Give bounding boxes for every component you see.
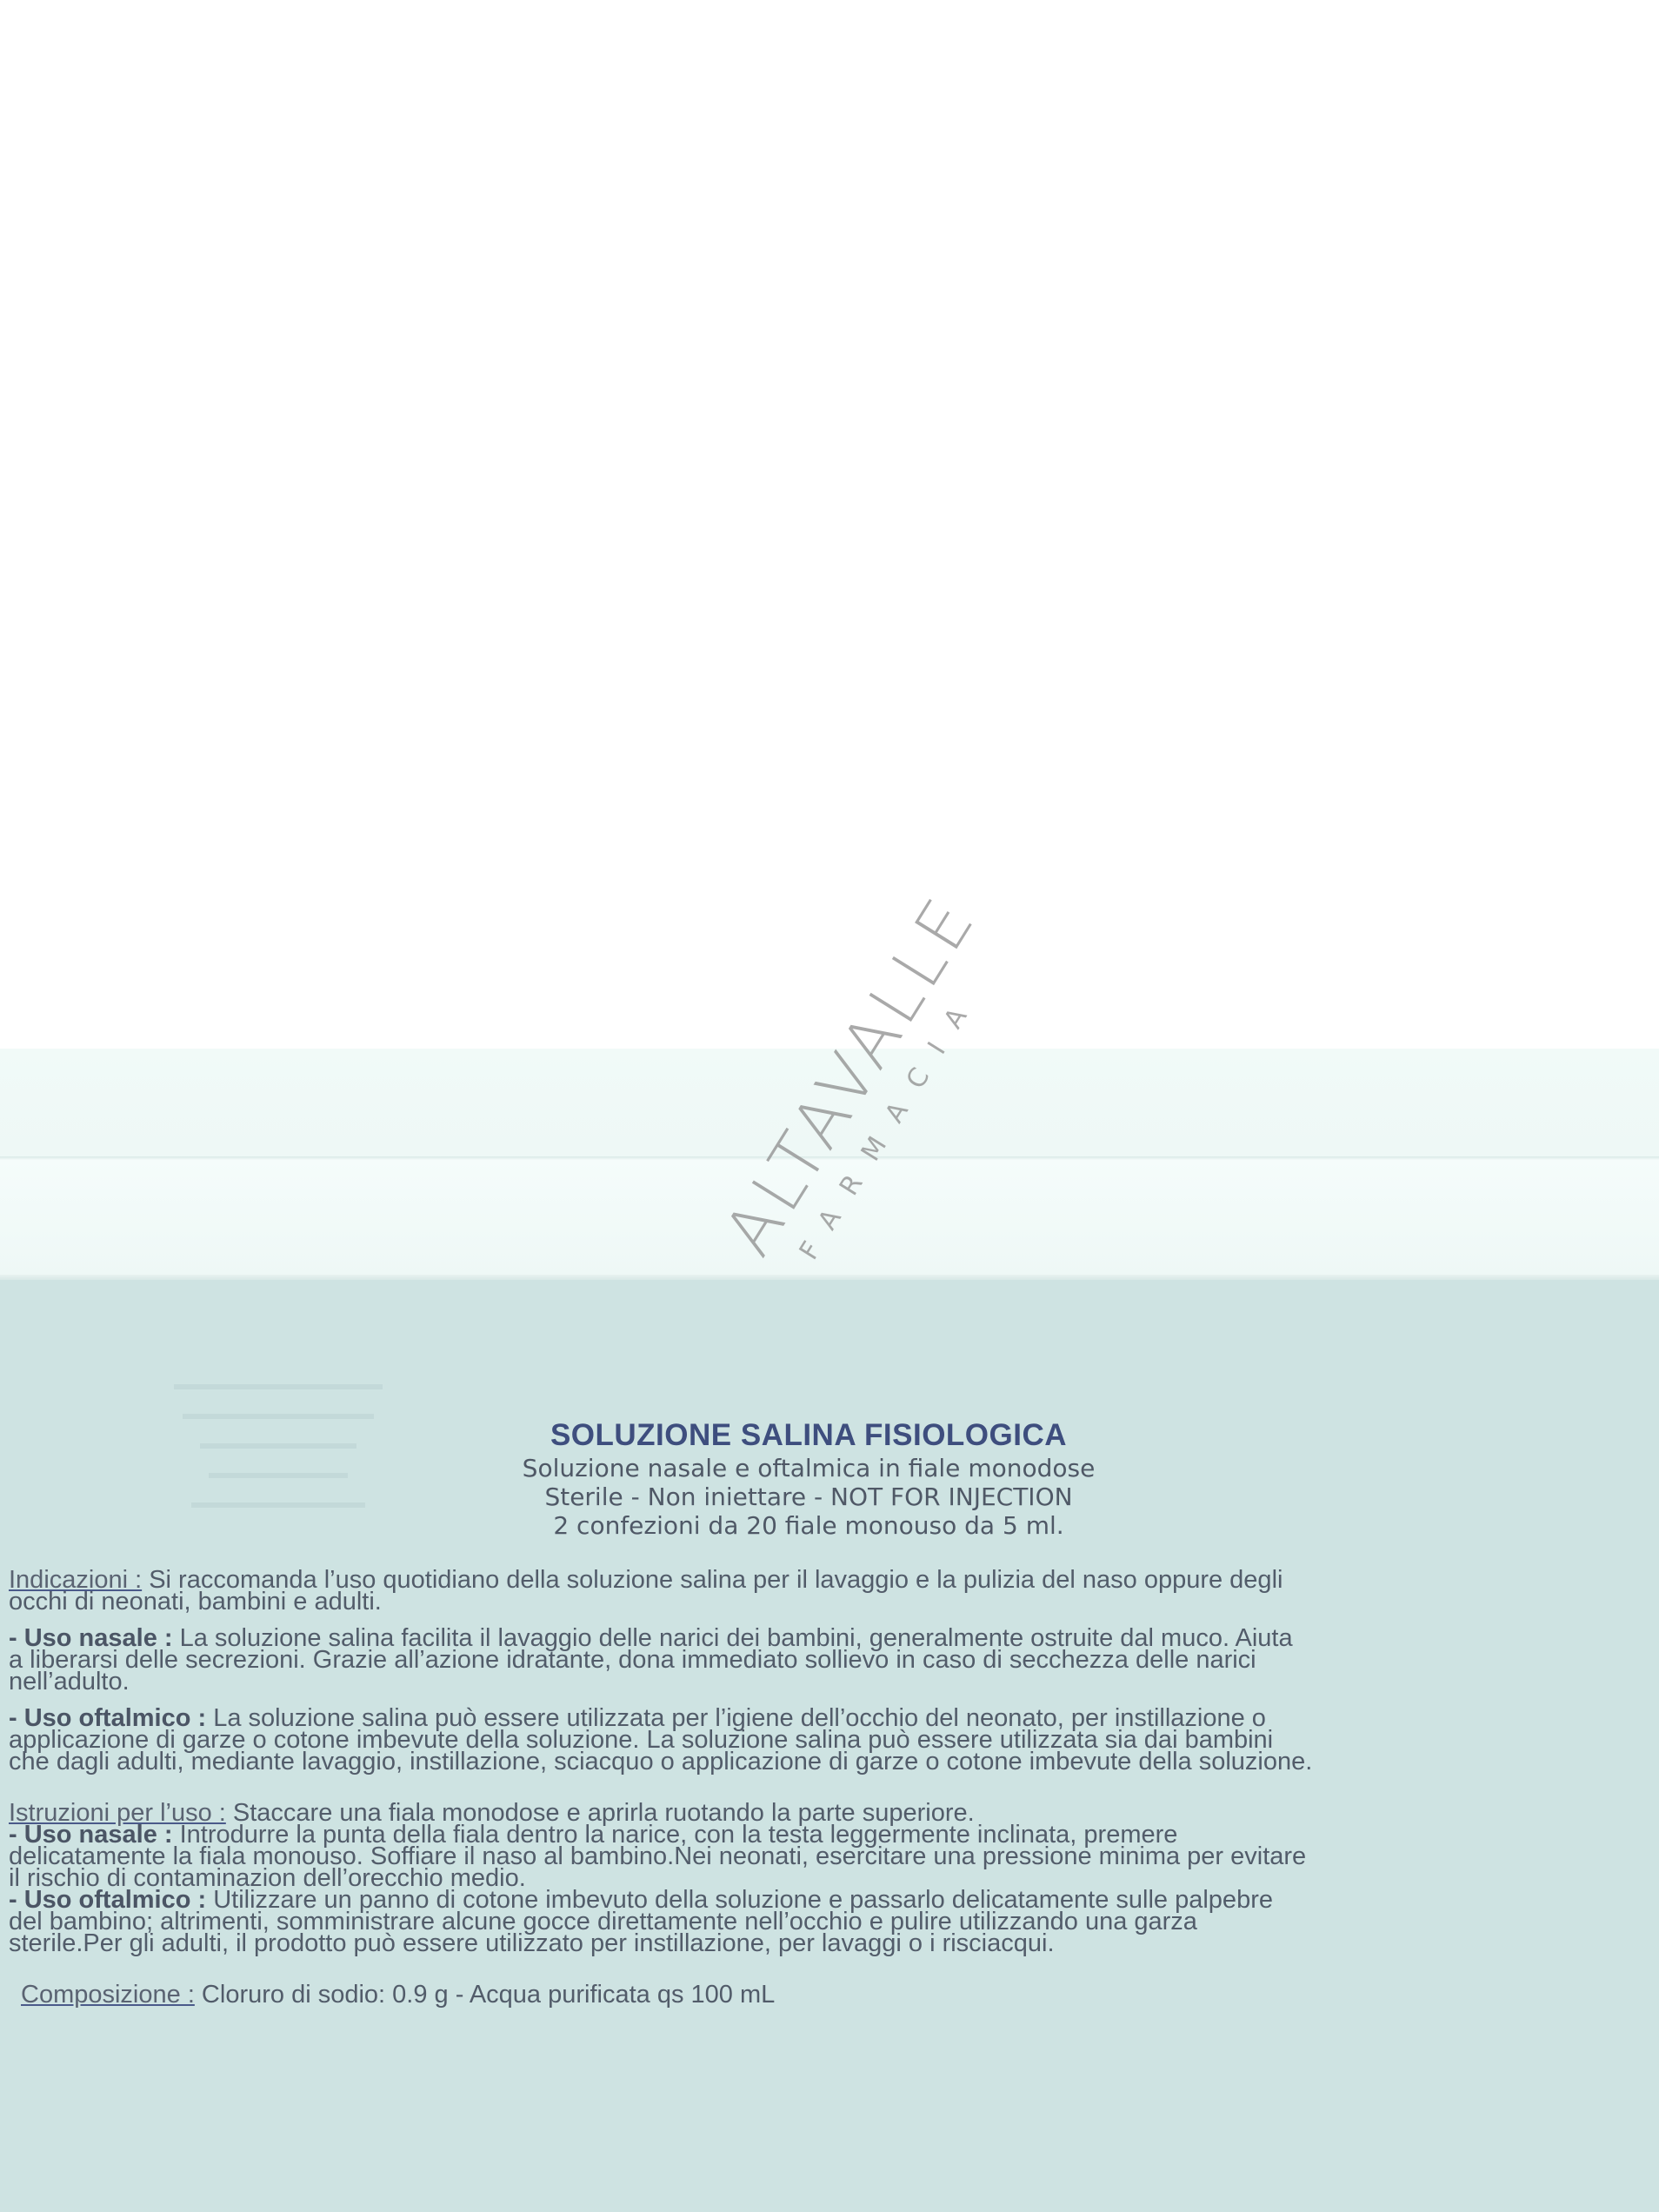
leaflet-body: Indicazioni : Si raccomanda l’uso quotid… bbox=[9, 1569, 1626, 2006]
text-line: a liberarsi delle secrezioni. Grazie all… bbox=[9, 1649, 1626, 1671]
section-composizione: Composizione : Cloruro di sodio: 0.9 g -… bbox=[9, 1984, 1626, 2006]
bleed-through-text-left: ▬▬▬▬▬▬▬▬▬▬▬▬▬▬▬▬▬▬▬▬▬▬▬▬▬▬▬▬▬▬▬▬▬▬▬▬▬▬▬▬… bbox=[174, 1369, 383, 1517]
composition-text: Cloruro di sodio: 0.9 g - Acqua purifica… bbox=[195, 1981, 775, 2009]
sterile-notice: Sterile - Non iniettare - NOT FOR INJECT… bbox=[374, 1482, 1243, 1511]
section-label-composizione: Composizione : bbox=[21, 1981, 195, 2009]
text-line: sterile.Per gli adulti, il prodotto può … bbox=[9, 1933, 1626, 1955]
istruzioni-uso-nasale: - Uso nasale : Introdurre la punta della… bbox=[9, 1824, 1626, 1889]
product-subtitle: Soluzione nasale e oftalmica in fiale mo… bbox=[374, 1454, 1243, 1482]
box-middle-flap bbox=[0, 1160, 1659, 1278]
text-line: che dagli adulti, mediante lavaggio, ins… bbox=[9, 1751, 1626, 1773]
product-title: SOLUZIONE SALINA FISIOLOGICA bbox=[374, 1417, 1243, 1454]
text-line: occhi di neonati, bambini e adulti. bbox=[9, 1591, 1626, 1613]
product-header: SOLUZIONE SALINA FISIOLOGICA Soluzione n… bbox=[374, 1417, 1243, 1540]
text-line: nell’adulto. bbox=[9, 1671, 1626, 1693]
pack-size: 2 confezioni da 20 fiale monouso da 5 ml… bbox=[374, 1511, 1243, 1540]
istruzioni-uso-oftalmico: - Uso oftalmico : Utilizzare un panno di… bbox=[9, 1889, 1626, 1955]
indicazioni-uso-oftalmico: - Uso oftalmico : La soluzione salina pu… bbox=[9, 1708, 1626, 1773]
section-indicazioni: Indicazioni : Si raccomanda l’uso quotid… bbox=[9, 1569, 1626, 1613]
text-line: Composizione : Cloruro di sodio: 0.9 g -… bbox=[21, 1984, 1626, 2006]
box-top-flap bbox=[0, 1049, 1659, 1157]
indicazioni-uso-nasale: - Uso nasale : La soluzione salina facil… bbox=[9, 1628, 1626, 1693]
